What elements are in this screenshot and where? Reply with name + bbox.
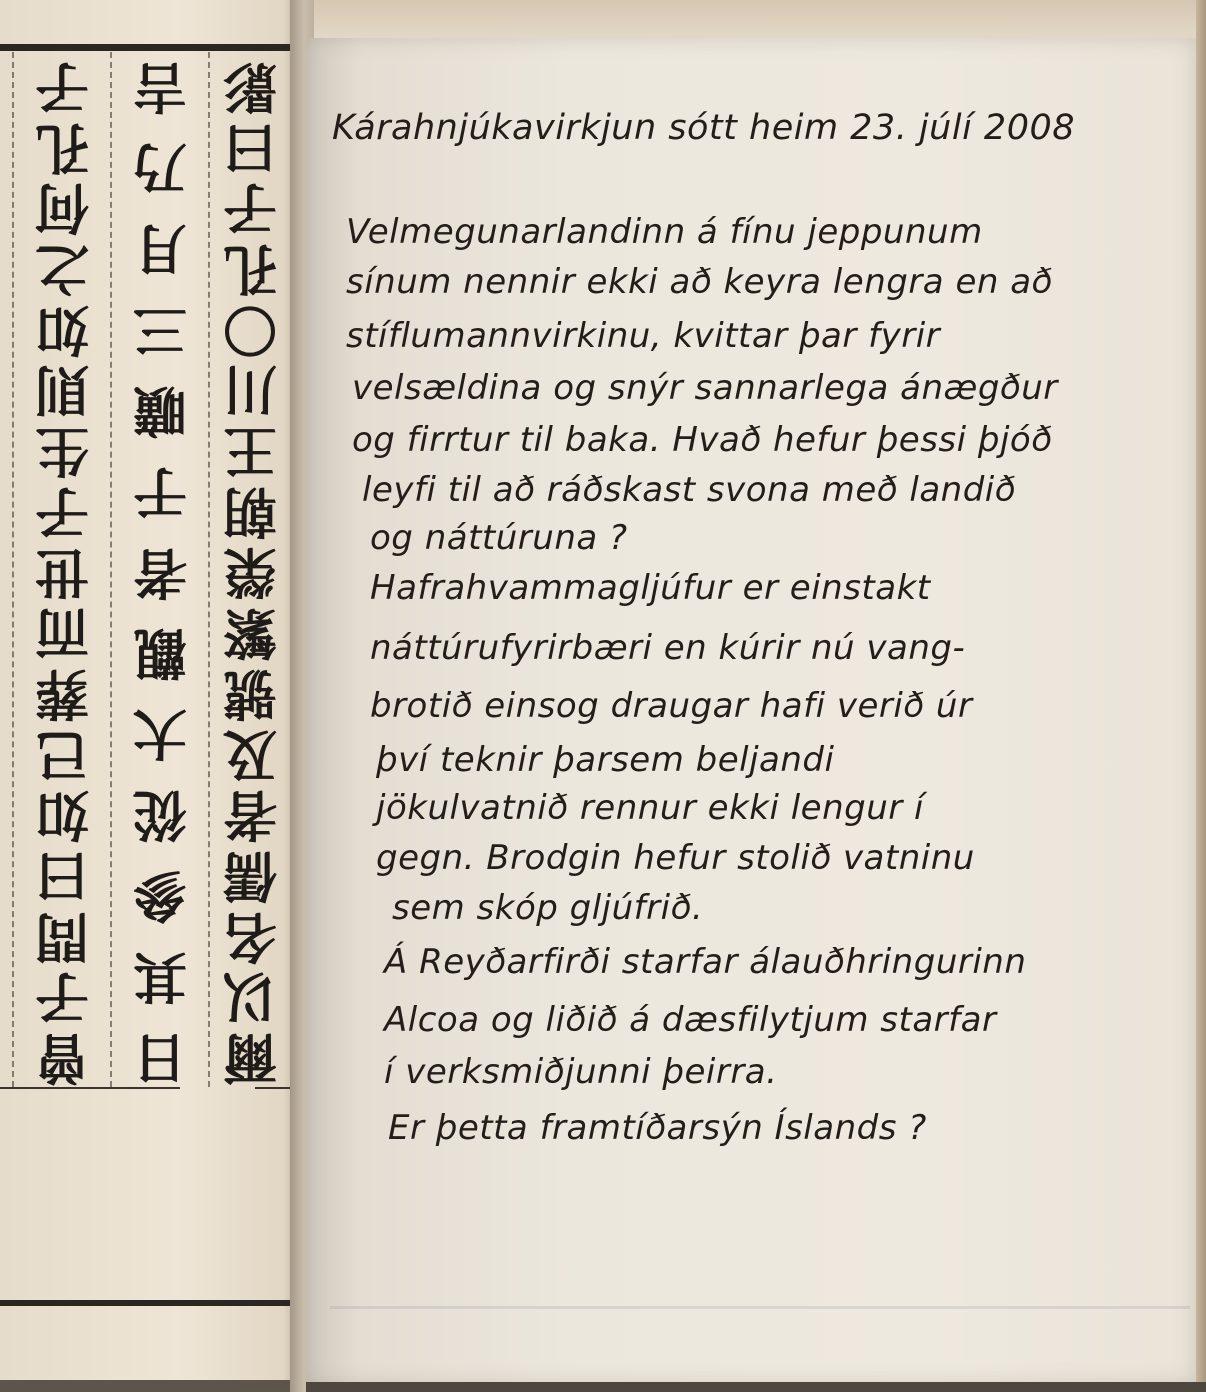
journal-line: Er þetta framtíðarsýn Íslands ? bbox=[388, 1108, 927, 1148]
journal-line: sem skóp gljúfrið. bbox=[392, 888, 703, 928]
journal-line: gegn. Brodgin hefur stolið vatninu bbox=[376, 838, 975, 878]
journal-line: náttúrufyrirbæri en kúrir nú vang- bbox=[370, 628, 965, 668]
journal-line: velsældina og snýr sannarlega ánægður bbox=[352, 368, 1058, 408]
journal-line: stíflumannvirkinu, kvittar þar fyrir bbox=[346, 316, 940, 356]
journal-line: jökulvatnið rennur ekki lengur í bbox=[376, 788, 924, 828]
book-scan: 曾子問曰如已葬而世子生則如之何孔子 日其參從大觀者于曠三月乃吉 爾以名儒者及號繁… bbox=[0, 0, 1206, 1392]
journal-line: brotið einsog draugar hafi verið úr bbox=[370, 686, 972, 726]
journal-line: sínum nennir ekki að keyra lengra en að bbox=[346, 262, 1053, 302]
journal-line: því teknir þarsem beljandi bbox=[376, 740, 834, 780]
journal-line: Á Reyðarfirði starfar álauðhringurinn bbox=[384, 942, 1026, 982]
journal-line: og náttúruna ? bbox=[370, 518, 628, 558]
journal-line: Velmegunarlandinn á fínu jeppunum bbox=[346, 212, 983, 252]
journal-line: Alcoa og liðið á dæsfilytjum starfar bbox=[384, 1000, 996, 1040]
handwritten-text: Kárahnjúkavirkjun sótt heim 23. júlí 200… bbox=[0, 0, 1206, 1392]
journal-line: í verksmiðjunni þeirra. bbox=[384, 1052, 777, 1092]
journal-title: Kárahnjúkavirkjun sótt heim 23. júlí 200… bbox=[332, 108, 1075, 148]
journal-line: og firrtur til baka. Hvað hefur þessi þj… bbox=[352, 420, 1053, 460]
journal-line: leyfi til að ráðskast svona með landið bbox=[362, 470, 1016, 510]
journal-line: Hafrahvammagljúfur er einstakt bbox=[370, 568, 931, 608]
